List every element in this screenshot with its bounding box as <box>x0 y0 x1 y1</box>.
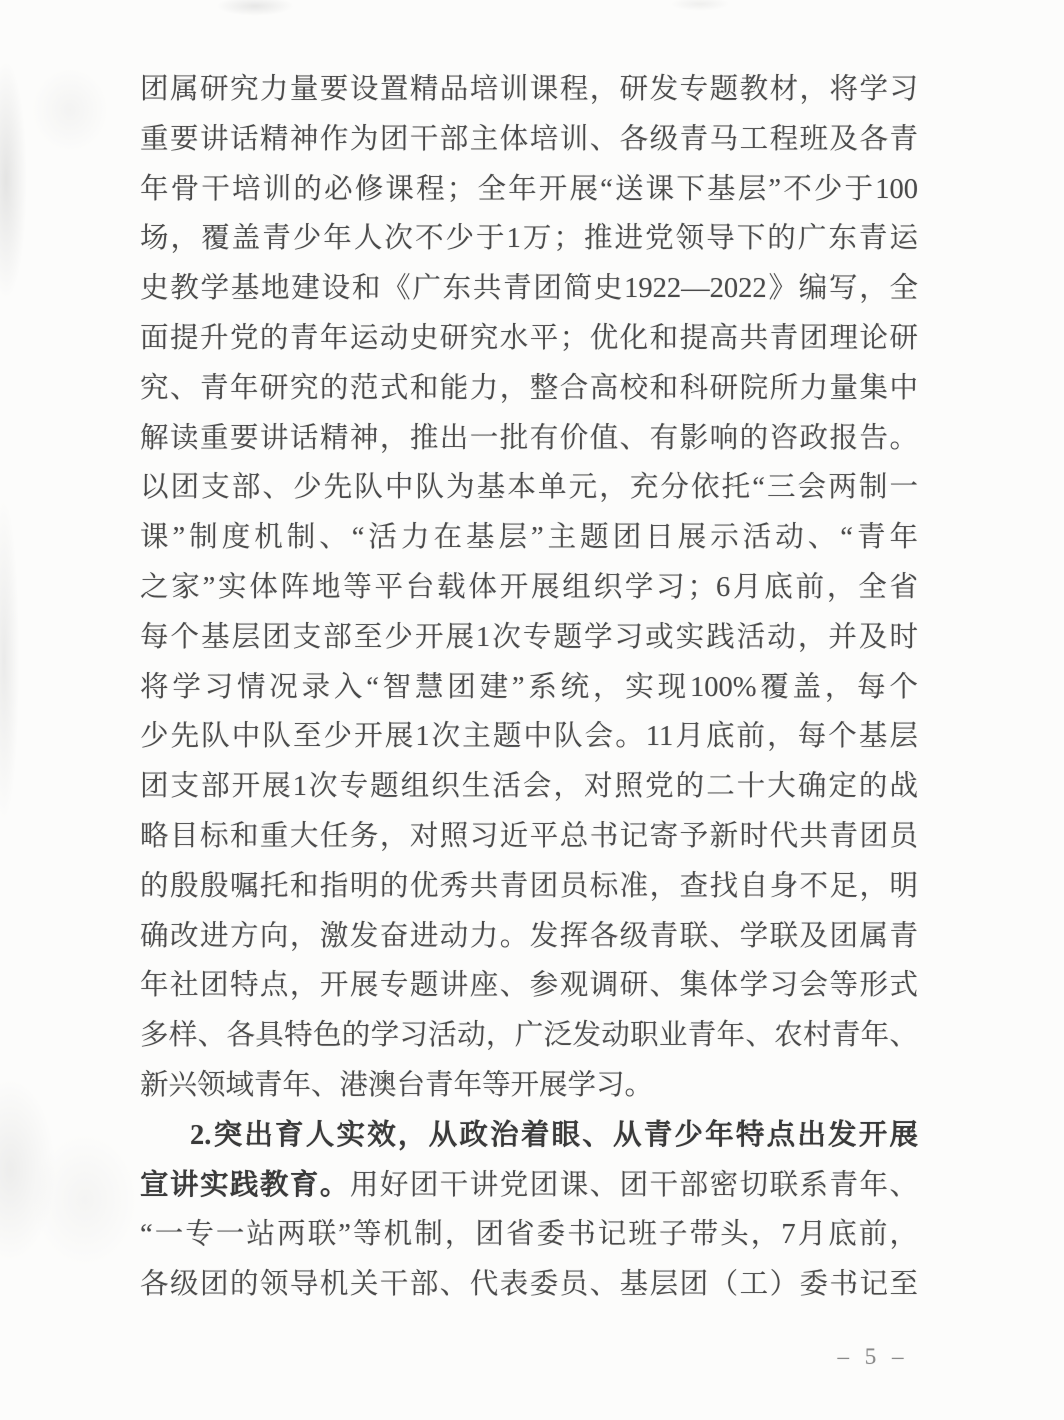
body-text: 略目标和重大任务，对照习近平总书记寄予新时代共青团员 <box>140 821 918 852</box>
text-line: “一专一站两联”等机制，团省委书记班子带头，7月底前， <box>140 1210 918 1260</box>
body-text: 场，覆盖青少年人次不少于1万；推进党领导下的广东青运 <box>140 223 918 254</box>
text-line: 多样、各具特色的学习活动，广泛发动职业青年、农村青年、 <box>140 1011 918 1061</box>
text-line: 以团支部、少先队中队为基本单元，充分依托“三会两制一 <box>140 463 918 513</box>
text-line: 确改进方向，激发奋进动力。发挥各级青联、学联及团属青 <box>140 912 918 962</box>
text-line: 各级团的领导机关干部、代表委员、基层团（工）委书记至 <box>140 1260 918 1310</box>
text-line: 新兴领域青年、港澳台青年等开展学习。 <box>140 1061 918 1111</box>
body-text: 各级团的领导机关干部、代表委员、基层团（工）委书记至 <box>140 1269 918 1300</box>
text-line: 课”制度机制、“活力在基层”主题团日展示活动、“青年 <box>140 513 918 563</box>
body-text: 究、青年研究的范式和能力，整合高校和科研院所力量集中 <box>140 373 918 404</box>
text-line: 团属研究力量要设置精品培训课程，研发专题教材，将学习 <box>140 65 918 115</box>
body-text: 面提升党的青年运动史研究水平；优化和提高共青团理论研 <box>140 323 918 354</box>
page-number: – 5 – <box>828 1344 918 1370</box>
body-text: 以团支部、少先队中队为基本单元，充分依托“三会两制一 <box>140 472 918 503</box>
text-line: 每个基层团支部至少开展1次专题学习或实践活动，并及时 <box>140 613 918 663</box>
text-line: 将学习情况录入“智慧团建”系统，实现100%覆盖，每个 <box>140 663 918 713</box>
text-line: 年骨干培训的必修课程；全年开展“送课下基层”不少于100 <box>140 165 918 215</box>
text-line: 年社团特点，开展专题讲座、参观调研、集体学习会等形式 <box>140 961 918 1011</box>
body-text: 的殷殷嘱托和指明的优秀共青团员标准，查找自身不足，明 <box>140 871 918 902</box>
text-line: 的殷殷嘱托和指明的优秀共青团员标准，查找自身不足，明 <box>140 862 918 912</box>
body-text: “一专一站两联”等机制，团省委书记班子带头，7月底前， <box>140 1219 918 1250</box>
body-text: 团支部开展1次专题组织生活会，对照党的二十大确定的战 <box>140 771 918 802</box>
text-line: 场，覆盖青少年人次不少于1万；推进党领导下的广东青运 <box>140 214 918 264</box>
body-text: 将学习情况录入“智慧团建”系统，实现100%覆盖，每个 <box>140 672 918 703</box>
body-text: 年骨干培训的必修课程；全年开展“送课下基层”不少于100 <box>140 174 918 205</box>
text-line: 重要讲话精神作为团干部主体培训、各级青马工程班及各青 <box>140 115 918 165</box>
text-line: 史教学基地建设和《广东共青团简史1922—2022》编写，全 <box>140 264 918 314</box>
text-line: 2.突出育人实效，从政治着眼、从青少年特点出发开展 <box>140 1111 918 1161</box>
body-text: 重要讲话精神作为团干部主体培训、各级青马工程班及各青 <box>140 124 918 155</box>
text-block: 团属研究力量要设置精品培训课程，研发专题教材，将学习重要讲话精神作为团干部主体培… <box>140 65 918 1310</box>
text-line: 宣讲实践教育。用好团干讲党团课、团干部密切联系青年、 <box>140 1161 918 1211</box>
body-text: 史教学基地建设和《广东共青团简史1922—2022》编写，全 <box>140 273 918 304</box>
body-text: 用好团干讲党团课、团干部密切联系青年、 <box>350 1170 918 1201</box>
body-text: 之家”实体阵地等平台载体开展组织学习；6月底前，全省 <box>140 572 918 603</box>
emphasis-text: 宣讲实践教育。 <box>140 1170 350 1201</box>
text-line: 究、青年研究的范式和能力，整合高校和科研院所力量集中 <box>140 364 918 414</box>
text-line: 解读重要讲话精神，推出一批有价值、有影响的咨政报告。 <box>140 414 918 464</box>
text-line: 少先队中队至少开展1次主题中队会。11月底前，每个基层 <box>140 712 918 762</box>
body-text: 每个基层团支部至少开展1次专题学习或实践活动，并及时 <box>140 622 918 653</box>
body-text: 确改进方向，激发奋进动力。发挥各级青联、学联及团属青 <box>140 921 918 952</box>
emphasis-text: 2.突出育人实效，从政治着眼、从青少年特点出发开展 <box>190 1120 918 1151</box>
text-line: 略目标和重大任务，对照习近平总书记寄予新时代共青团员 <box>140 812 918 862</box>
body-text: 新兴领域青年、港澳台青年等开展学习。 <box>140 1070 653 1101</box>
body-text: 解读重要讲话精神，推出一批有价值、有影响的咨政报告。 <box>140 423 918 454</box>
body-text: 年社团特点，开展专题讲座、参观调研、集体学习会等形式 <box>140 970 918 1001</box>
text-line: 团支部开展1次专题组织生活会，对照党的二十大确定的战 <box>140 762 918 812</box>
body-text: 课”制度机制、“活力在基层”主题团日展示活动、“青年 <box>140 522 918 553</box>
body-text: 团属研究力量要设置精品培训课程，研发专题教材，将学习 <box>140 74 918 105</box>
body-text: 少先队中队至少开展1次主题中队会。11月底前，每个基层 <box>140 721 918 752</box>
text-line: 面提升党的青年运动史研究水平；优化和提高共青团理论研 <box>140 314 918 364</box>
text-line: 之家”实体阵地等平台载体开展组织学习；6月底前，全省 <box>140 563 918 613</box>
body-text: 多样、各具特色的学习活动，广泛发动职业青年、农村青年、 <box>140 1020 918 1051</box>
document-page: 团属研究力量要设置精品培训课程，研发专题教材，将学习重要讲话精神作为团干部主体培… <box>0 0 1064 1420</box>
